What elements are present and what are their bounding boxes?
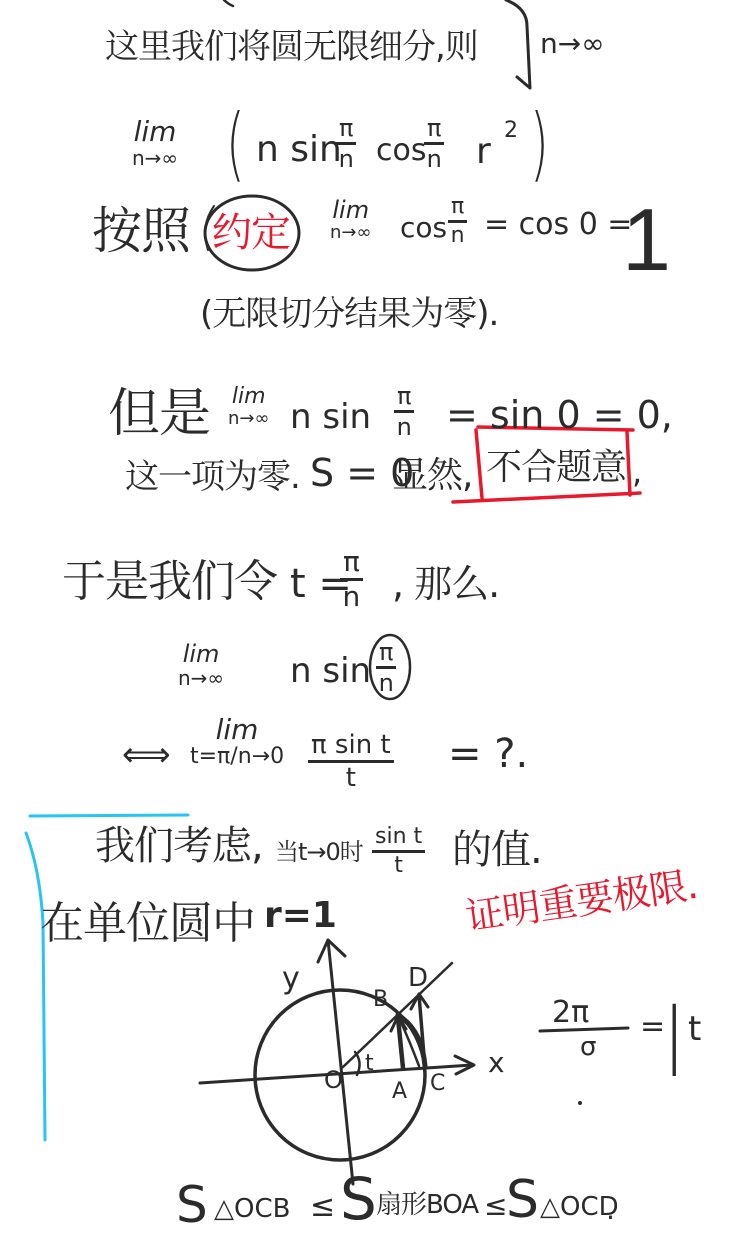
line10-when: 当t→0时 <box>275 840 363 864</box>
line2-close-paren: ) <box>530 104 549 184</box>
inequality-s2: S <box>340 1170 377 1228</box>
lim-subscript: n→∞ <box>228 410 269 428</box>
inequality-end: . <box>606 1196 615 1224</box>
y-axis-label: y <box>282 961 300 996</box>
line1-text: 这里我们将圆无限细分,则 <box>105 30 478 64</box>
line8-term: n sin <box>290 654 371 688</box>
lim-word: lim <box>183 642 220 666</box>
point-a-label: A <box>392 1079 407 1104</box>
fraction-denominator: n <box>379 669 394 695</box>
lim-word: lim <box>332 198 369 222</box>
line2-fraction2: π n <box>424 116 444 171</box>
line5-term: n sin <box>290 400 371 434</box>
line2-term1: n sin <box>256 132 342 168</box>
unit-circle-diagram: x y O A B C D t <box>200 940 505 1184</box>
partial-stroke-top <box>224 0 233 6</box>
fraction-denominator: n <box>397 413 412 439</box>
fraction-numerator: π <box>336 116 356 142</box>
line2-open-paren: ( <box>226 104 245 184</box>
line7-fraction: π n <box>340 548 363 611</box>
line2-limit: lim n→∞ <box>132 118 178 168</box>
condition-bracket <box>506 0 530 88</box>
fraction-numerator: sin t <box>372 826 425 850</box>
line3-fraction: π n <box>448 196 467 247</box>
ray-od <box>343 963 452 1067</box>
blue-side-rule <box>26 833 45 1140</box>
line6-text: 这一项为零. <box>125 460 300 494</box>
line2-fraction1: π n <box>336 116 356 171</box>
fraction-denominator: n <box>451 223 465 247</box>
lim-word: lim <box>232 386 266 408</box>
lim-subscript: n→∞ <box>132 148 178 168</box>
point-b-label: B <box>373 987 388 1012</box>
line11-radius: r=1 <box>264 898 337 934</box>
y-axis <box>328 940 353 1184</box>
x-axis-label: x <box>488 1046 505 1079</box>
line10-end: 的值. <box>452 830 542 870</box>
angle-arc <box>355 1052 360 1075</box>
fraction-denominator: t <box>394 853 403 877</box>
origin-label: O <box>324 1066 343 1094</box>
segment-cd <box>419 995 425 1068</box>
side-formula-variable: t <box>688 1012 701 1046</box>
fraction-denominator: n <box>427 145 442 171</box>
line2-term2: cos <box>376 136 426 166</box>
line3-limit: lim n→∞ <box>330 198 371 242</box>
line4-text: (无限切分结果为零). <box>200 297 498 331</box>
line8-circled-fraction: π n <box>376 640 396 695</box>
line6-end: , <box>632 456 642 488</box>
line5-fraction: π n <box>394 384 414 439</box>
line2-exponent: 2 <box>504 120 518 142</box>
lim-subscript: n→∞ <box>330 224 371 242</box>
inequality-s1: S <box>176 1180 208 1230</box>
arc-bc-inner <box>400 1020 419 1066</box>
fraction-denominator: t <box>346 763 356 791</box>
line9-limit: lim t=π/n→0 <box>190 716 284 768</box>
point-c-label: C <box>430 1071 445 1096</box>
fraction-denominator: n <box>343 581 361 611</box>
line10-text: 我们考虑, <box>95 826 263 866</box>
line6-boxed-text: 不合题意 <box>486 450 626 486</box>
point-d-label: D <box>408 963 428 993</box>
line3-circled-term: 约定 <box>212 213 290 253</box>
segment-ab-arrow-icon <box>391 1016 406 1031</box>
fraction-numerator: π <box>448 196 467 220</box>
fraction-numerator: π <box>376 640 396 666</box>
segment-ab <box>398 1018 403 1068</box>
arc-bc <box>398 1015 425 1066</box>
line7-text: 于是我们令 <box>62 560 277 604</box>
lim-subscript: n→∞ <box>178 668 224 688</box>
fraction-numerator: π <box>424 116 444 142</box>
blue-top-rule <box>30 815 188 816</box>
line3-rest: = cos 0 = <box>484 210 632 240</box>
y-axis-arrow-icon <box>318 940 345 962</box>
line9-iff: ⟺ <box>122 738 171 772</box>
fraction-numerator: π <box>394 384 414 410</box>
line8-limit: lim n→∞ <box>178 642 224 688</box>
stroke-layer: x y O A B C D t <box>0 0 742 1236</box>
line6-after: 显然, <box>392 458 472 494</box>
stray-dot <box>578 1101 582 1105</box>
line5-limit: lim n→∞ <box>228 386 269 428</box>
x-axis-arrow-icon <box>455 1056 474 1074</box>
line5-rest: = sin 0 = 0, <box>446 396 673 434</box>
fraction-numerator: π sin t <box>308 732 394 760</box>
line3-prefix: 按照 <box>92 206 190 256</box>
side-formula-denominator: σ <box>580 1034 596 1060</box>
handwritten-note-page: x y O A B C D t 这里我们将圆无限细分,则 n→∞ lim n→∞… <box>0 0 742 1236</box>
lim-subscript: t=π/n→0 <box>190 746 284 768</box>
side-formula-numerator: 2π <box>552 998 589 1028</box>
inequality-s3: S <box>506 1174 539 1226</box>
inequality-sub1: △OCB <box>214 1196 290 1222</box>
lim-word: lim <box>216 716 259 744</box>
fraction-denominator: n <box>339 145 354 171</box>
x-axis <box>200 1065 472 1083</box>
line11-text: 在单位圆中 <box>40 902 255 946</box>
inequality-op2: ≤ <box>484 1192 507 1220</box>
angle-label: t <box>365 1051 374 1076</box>
line5-prefix: 但是 <box>108 388 210 440</box>
red-note: 证明重要极限. <box>463 866 699 936</box>
line7-end: , 那么. <box>392 565 499 603</box>
line9-rest: = ?. <box>448 734 528 774</box>
segment-cd-arrow-icon <box>411 994 428 1009</box>
lim-word: lim <box>134 118 177 146</box>
line2-term3: r <box>476 134 491 170</box>
unit-circle <box>255 990 425 1160</box>
line3-result: 1 <box>622 196 671 284</box>
line3-term: cos <box>400 214 447 242</box>
line9-fraction: π sin t t <box>308 732 394 791</box>
side-formula-bar: | <box>662 998 686 1070</box>
line10-fraction: sin t t <box>372 826 425 877</box>
fraction-numerator: π <box>340 548 363 578</box>
inequality-op1: ≤ <box>310 1192 335 1222</box>
line1-condition: n→∞ <box>540 30 605 58</box>
inequality-sub2: 扇形BOA <box>376 1192 478 1218</box>
